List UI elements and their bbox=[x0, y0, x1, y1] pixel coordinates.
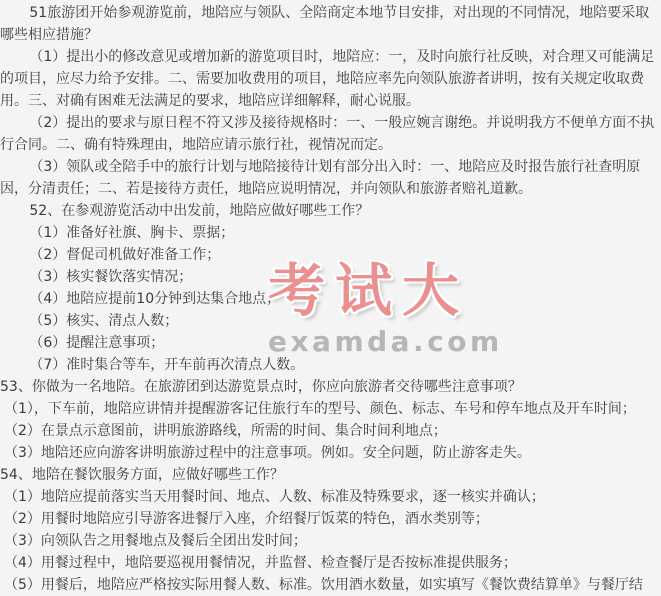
paragraph: （2）提出的要求与原日程不符又涉及接待规格时：一、一般应婉言谢绝。并说明我方不便… bbox=[0, 112, 661, 156]
paragraph: （1）准备好社旗、胸卡、票据； bbox=[0, 222, 661, 244]
paragraph: （5）核实、清点人数； bbox=[0, 310, 661, 332]
document-page: 51旅游团开始参观游览前，地陪应与领队、全陪商定本地节目安排，对出现的不同情况，… bbox=[0, 0, 661, 596]
paragraph: （3）向领队告之用餐地点及餐后全团出发时间； bbox=[0, 530, 661, 552]
paragraph: 52、在参观游览活动中出发前，地陪应做好哪些工作？ bbox=[0, 200, 661, 222]
paragraph: （1）提出小的修改意见或增加新的游览项目时，地陪应：一，及时向旅行社反映，对合理… bbox=[0, 46, 661, 112]
paragraph: 51旅游团开始参观游览前，地陪应与领队、全陪商定本地节目安排，对出现的不同情况，… bbox=[0, 2, 661, 46]
paragraph: （7）准时集合等车，开车前再次清点人数。 bbox=[0, 354, 661, 376]
paragraph: （1）地陪应提前落实当天用餐时间、地点、人数、标准及特殊要求，逐一核实并确认； bbox=[0, 486, 661, 508]
paragraph: （5）用餐后，地陪应严格按实际用餐人数、标准。饮用酒水数量，如实填写《餐饮费结算… bbox=[0, 574, 661, 596]
paragraph: （4）用餐过程中，地陪要巡视用餐情况，并监督、检查餐厅是否按标准提供服务； bbox=[0, 552, 661, 574]
paragraph: （3）地陪还应向游客讲明旅游过程中的注意事项。例如。安全问题，防止游客走失。 bbox=[0, 442, 661, 464]
paragraph: （6）提醒注意事项； bbox=[0, 332, 661, 354]
paragraph: （3）领队或全陪手中的旅行计划与地陪接待计划有部分出入时：一、地陪应及时报告旅行… bbox=[0, 156, 661, 200]
paragraph: （2）用餐时地陪应引导游客进餐厅入座，介绍餐厅饭菜的特色，酒水类别等； bbox=[0, 508, 661, 530]
paragraph: （2）在景点示意图前，讲明旅游路线，所需的时间、集合时间利地点； bbox=[0, 420, 661, 442]
document-body: 51旅游团开始参观游览前，地陪应与领队、全陪商定本地节目安排，对出现的不同情况，… bbox=[0, 2, 661, 596]
paragraph: （4）地陪应提前10分钟到达集合地点； bbox=[0, 288, 661, 310]
paragraph: （3）核实餐饮落实情况； bbox=[0, 266, 661, 288]
paragraph: 54、地陪在餐饮服务方面，应做好哪些工作？ bbox=[0, 464, 661, 486]
paragraph: 53、你做为一名地陪。在旅游团到达游览景点时，你应向旅游者交待哪些注意事项？ bbox=[0, 376, 661, 398]
paragraph: （1），下车前，地陪应讲情并提醒游客记住旅行车的型号、颜色、标志、车号和停车地点… bbox=[0, 398, 661, 420]
paragraph: （2）督促司机做好准备工作； bbox=[0, 244, 661, 266]
